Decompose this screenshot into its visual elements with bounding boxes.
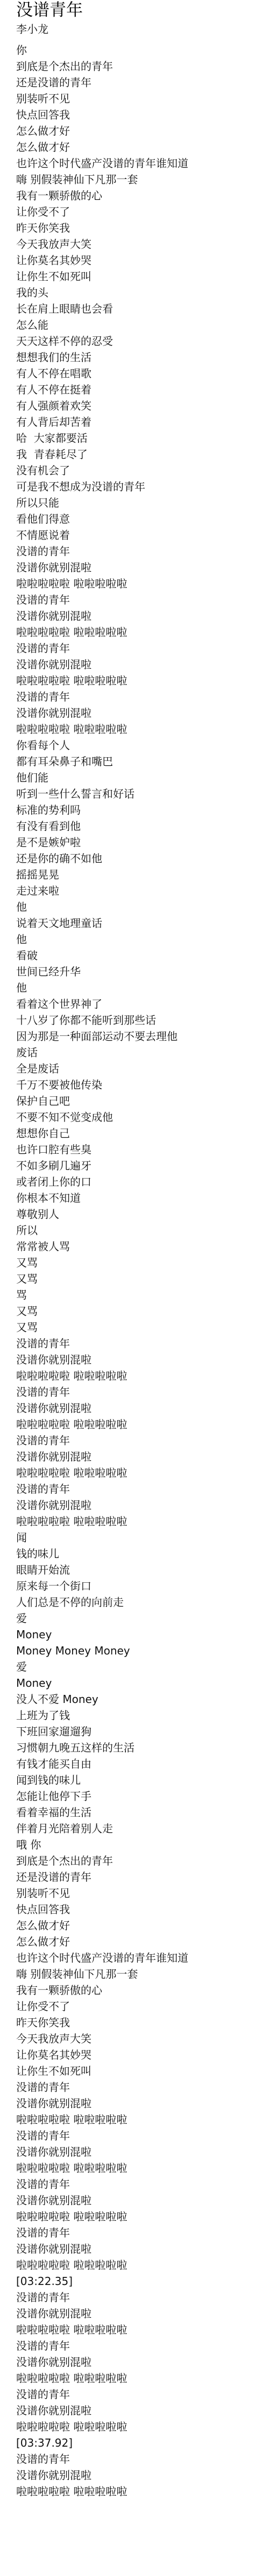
lyric-line: 啦啦啦啦啦 啦啦啦啦啦 — [16, 2370, 269, 2386]
lyric-line: 走过来啦 — [16, 883, 269, 899]
lyric-line: 别装听不见 — [16, 91, 269, 107]
lyric-line: [03:22.35] — [16, 2273, 269, 2289]
lyric-line: 废话 — [16, 1044, 269, 1061]
lyric-line: 常常被人骂 — [16, 1238, 269, 1255]
lyric-line: 伴着月光陪着别人走 — [16, 1820, 269, 1837]
artist-name: 李小龙 — [16, 21, 269, 37]
lyric-line: 习惯朝九晚五这样的生活 — [16, 1740, 269, 1756]
lyric-line: 眼睛开始流 — [16, 1562, 269, 1578]
lyric-line: 别装听不见 — [16, 1885, 269, 1901]
lyric-line: 摇摇晃晃 — [16, 867, 269, 883]
lyric-line: 又骂 — [16, 1303, 269, 1319]
lyric-line: [03:37.92] — [16, 2435, 269, 2451]
lyric-line: 我的头 — [16, 285, 269, 301]
lyric-line: 有钱才能买自由 — [16, 1756, 269, 1772]
lyric-line: 没谱的青年 — [16, 543, 269, 559]
lyric-line: 没谱你就别混啦 — [16, 2305, 269, 2322]
lyric-line: 爱 — [16, 1610, 269, 1626]
lyric-line: 啦啦啦啦啦 啦啦啦啦啦 — [16, 2257, 269, 2273]
lyric-line: 因为那是一种面部运动不要去理他 — [16, 1028, 269, 1044]
lyric-line: 没谱你就别混啦 — [16, 2241, 269, 2257]
lyric-line: 没谱你就别混啦 — [16, 608, 269, 624]
lyric-line: 又骂 — [16, 1255, 269, 1271]
lyric-line: 也许这个时代盛产没谱的青年谁知道 — [16, 1950, 269, 1966]
lyric-line: 没谱你就别混啦 — [16, 2192, 269, 2208]
lyric-line: 有人背后却苦着 — [16, 414, 269, 430]
lyric-line: 昨天你笑我 — [16, 2014, 269, 2031]
lyric-line: 你看每个人 — [16, 737, 269, 753]
lyric-line: 你 — [16, 42, 269, 58]
lyric-line: 骂 — [16, 1287, 269, 1303]
lyrics-body: 你到底是个杰出的青年还是没谱的青年别装听不见快点回答我怎么做才好怎么做才好也许这… — [16, 42, 269, 2499]
lyric-line: 长在肩上眼睛也会看 — [16, 301, 269, 317]
lyric-line: 嗨 别假装神仙下凡那一套 — [16, 171, 269, 188]
lyric-line: 啦啦啦啦啦 啦啦啦啦啦 — [16, 1465, 269, 1481]
lyric-line: 有人不停在唱歌 — [16, 365, 269, 382]
lyric-line: 没谱的青年 — [16, 2079, 269, 2095]
lyric-line: 所以只能 — [16, 495, 269, 511]
song-title: 没谱青年 — [16, 0, 269, 20]
lyric-line: 啦啦啦啦啦 啦啦啦啦啦 — [16, 2483, 269, 2499]
lyric-line: 全是废话 — [16, 1061, 269, 1077]
lyric-line: 到底是个杰出的青年 — [16, 1853, 269, 1869]
lyric-line: 原来每一个街口 — [16, 1578, 269, 1594]
lyric-line: 有人强颜着欢笑 — [16, 398, 269, 414]
lyric-line: 没谱你就别混啦 — [16, 2467, 269, 2483]
lyric-line: 不要不知不觉变成他 — [16, 1109, 269, 1125]
lyric-line: 还是你的确不如他 — [16, 850, 269, 867]
lyric-line: 快点回答我 — [16, 107, 269, 123]
lyric-line: 让你莫名其妙哭 — [16, 2047, 269, 2063]
lyric-line: 世间已经升华 — [16, 964, 269, 980]
lyric-line: 今天我放声大笑 — [16, 2031, 269, 2047]
lyric-line: 啦啦啦啦啦 啦啦啦啦啦 — [16, 2419, 269, 2435]
lyric-line: 让你生不如死叫 — [16, 268, 269, 285]
lyric-line: 上班为了钱 — [16, 1707, 269, 1723]
lyric-line: 没谱的青年 — [16, 689, 269, 705]
lyric-line: 没谱的青年 — [16, 2176, 269, 2192]
lyric-line: 没谱你就别混啦 — [16, 1449, 269, 1465]
lyric-line: 怎么能 — [16, 317, 269, 333]
lyric-line: 想想我们的生活 — [16, 349, 269, 365]
lyric-line: 不情愿说着 — [16, 527, 269, 543]
lyric-line: 没谱的青年 — [16, 1384, 269, 1400]
lyric-line: 没谱的青年 — [16, 2386, 269, 2402]
lyric-line: 没谱的青年 — [16, 2289, 269, 2305]
lyric-line: 还是没谱的青年 — [16, 1869, 269, 1885]
lyric-line: 没谱你就别混啦 — [16, 2354, 269, 2370]
lyric-line: 啦啦啦啦啦 啦啦啦啦啦 — [16, 1368, 269, 1384]
lyric-line: 我有一颗骄傲的心 — [16, 1982, 269, 1998]
lyric-line: 下班回家遛遛狗 — [16, 1723, 269, 1740]
lyric-line: 没谱的青年 — [16, 1481, 269, 1497]
lyric-line: 闻到钱的味儿 — [16, 1772, 269, 1788]
lyric-line: 没谱你就别混啦 — [16, 1400, 269, 1416]
lyric-line: 怎么做才好 — [16, 1934, 269, 1950]
lyric-line: 没谱你就别混啦 — [16, 705, 269, 721]
lyric-line: 今天我放声大笑 — [16, 236, 269, 252]
lyric-line: 让你生不如死叫 — [16, 2063, 269, 2079]
lyric-line: 想想你自己 — [16, 1125, 269, 1141]
lyric-line: 让你莫名其妙哭 — [16, 252, 269, 268]
lyric-line: 没谱你就别混啦 — [16, 2402, 269, 2419]
lyric-line: 啦啦啦啦啦 啦啦啦啦啦 — [16, 576, 269, 592]
lyric-line: 人们总是不停的向前走 — [16, 1594, 269, 1610]
lyric-line: 他 — [16, 980, 269, 996]
lyric-line: 天天这样不停的忍受 — [16, 333, 269, 349]
lyric-line: 没人不爱 Money — [16, 1691, 269, 1707]
lyric-line: 也许口腔有些臭 — [16, 1141, 269, 1158]
lyric-line: 又骂 — [16, 1319, 269, 1335]
lyric-line: 或者闭上你的口 — [16, 1174, 269, 1190]
lyric-line: 到底是个杰出的青年 — [16, 58, 269, 74]
lyric-line: 有人不停在挺着 — [16, 382, 269, 398]
lyric-line: Money Money Money — [16, 1643, 269, 1659]
lyric-line: 没谱的青年 — [16, 1335, 269, 1352]
lyric-line: 看着这个世界神了 — [16, 996, 269, 1012]
lyric-line: 看破 — [16, 947, 269, 964]
lyric-line: 有没有看到他 — [16, 818, 269, 834]
lyric-line: 没谱你就别混啦 — [16, 1352, 269, 1368]
lyric-line: 快点回答我 — [16, 1901, 269, 1917]
lyric-line: 他们能 — [16, 770, 269, 786]
lyric-line: 啦啦啦啦啦 啦啦啦啦啦 — [16, 2160, 269, 2176]
lyric-line: 没谱的青年 — [16, 640, 269, 656]
lyric-line: 没谱你就别混啦 — [16, 656, 269, 673]
lyric-line: 标准的势利吗 — [16, 802, 269, 818]
lyric-line: 没谱你就别混啦 — [16, 1497, 269, 1513]
lyric-line: 啦啦啦啦啦 啦啦啦啦啦 — [16, 2208, 269, 2225]
lyric-line: 嗨 别假装神仙下凡那一套 — [16, 1966, 269, 1982]
lyric-line: 啦啦啦啦啦 啦啦啦啦啦 — [16, 721, 269, 737]
lyric-line: 哦 你 — [16, 1837, 269, 1853]
lyric-line: 怎能让他停下手 — [16, 1788, 269, 1804]
lyric-line: 没有机会了 — [16, 462, 269, 479]
lyric-line: 所以 — [16, 1222, 269, 1238]
lyric-line: 没谱的青年 — [16, 2128, 269, 2144]
lyric-line: 不如多刷几遍牙 — [16, 1158, 269, 1174]
lyric-line: 爱 — [16, 1659, 269, 1675]
lyric-line: 也许这个时代盛产没谱的青年谁知道 — [16, 155, 269, 171]
lyric-line: 啦啦啦啦啦 啦啦啦啦啦 — [16, 1416, 269, 1432]
lyric-line: 都有耳朵鼻子和嘴巴 — [16, 753, 269, 770]
lyric-line: 听到一些什么誓言和好话 — [16, 786, 269, 802]
lyric-line: 没谱的青年 — [16, 2338, 269, 2354]
lyric-line: 钱的味儿 — [16, 1546, 269, 1562]
lyric-line: 我 青春耗尽了 — [16, 446, 269, 462]
lyric-line: 啦啦啦啦啦 啦啦啦啦啦 — [16, 1513, 269, 1529]
lyric-line: 是不是嫉妒啦 — [16, 834, 269, 850]
lyric-line: 又骂 — [16, 1271, 269, 1287]
lyric-line: 让你受不了 — [16, 1998, 269, 2014]
lyric-line: 没谱的青年 — [16, 592, 269, 608]
lyric-line: 没谱的青年 — [16, 2451, 269, 2467]
lyric-line: 看他们得意 — [16, 511, 269, 527]
lyric-line: 没谱你就别混啦 — [16, 2095, 269, 2111]
lyric-line: 啦啦啦啦啦 啦啦啦啦啦 — [16, 624, 269, 640]
lyric-line: 没谱你就别混啦 — [16, 559, 269, 576]
lyric-line: 闻 — [16, 1529, 269, 1546]
lyric-line: Money — [16, 1675, 269, 1691]
lyric-line: 十八岁了你都不能听到那些话 — [16, 1012, 269, 1028]
lyric-line: 怎么做才好 — [16, 139, 269, 155]
lyric-line: Money — [16, 1626, 269, 1643]
lyric-line: 千万不要被他传染 — [16, 1077, 269, 1093]
lyric-line: 没谱的青年 — [16, 2225, 269, 2241]
lyric-line: 怎么做才好 — [16, 1917, 269, 1934]
lyric-line: 怎么做才好 — [16, 123, 269, 139]
lyric-line: 啦啦啦啦啦 啦啦啦啦啦 — [16, 2111, 269, 2128]
lyric-line: 让你受不了 — [16, 204, 269, 220]
lyric-line: 我有一颗骄傲的心 — [16, 188, 269, 204]
lyric-line: 没谱的青年 — [16, 1432, 269, 1449]
lyric-line: 说着天文地理童话 — [16, 915, 269, 931]
lyric-line: 哈 大家都要活 — [16, 430, 269, 446]
lyric-line: 尊敬别人 — [16, 1206, 269, 1222]
lyric-line: 你根本不知道 — [16, 1190, 269, 1206]
lyric-line: 可是我不想成为没谱的青年 — [16, 479, 269, 495]
lyric-line: 啦啦啦啦啦 啦啦啦啦啦 — [16, 673, 269, 689]
lyric-line: 啦啦啦啦啦 啦啦啦啦啦 — [16, 2322, 269, 2338]
lyric-line: 保护自己吧 — [16, 1093, 269, 1109]
lyric-line: 他 — [16, 899, 269, 915]
lyric-line: 昨天你笑我 — [16, 220, 269, 236]
lyrics-page: 没谱青年 李小龙 你到底是个杰出的青年还是没谱的青年别装听不见快点回答我怎么做才… — [0, 0, 269, 2499]
lyric-line: 还是没谱的青年 — [16, 74, 269, 91]
lyric-line: 没谱你就别混啦 — [16, 2144, 269, 2160]
lyric-line: 他 — [16, 931, 269, 947]
lyric-line: 看着幸福的生活 — [16, 1804, 269, 1820]
